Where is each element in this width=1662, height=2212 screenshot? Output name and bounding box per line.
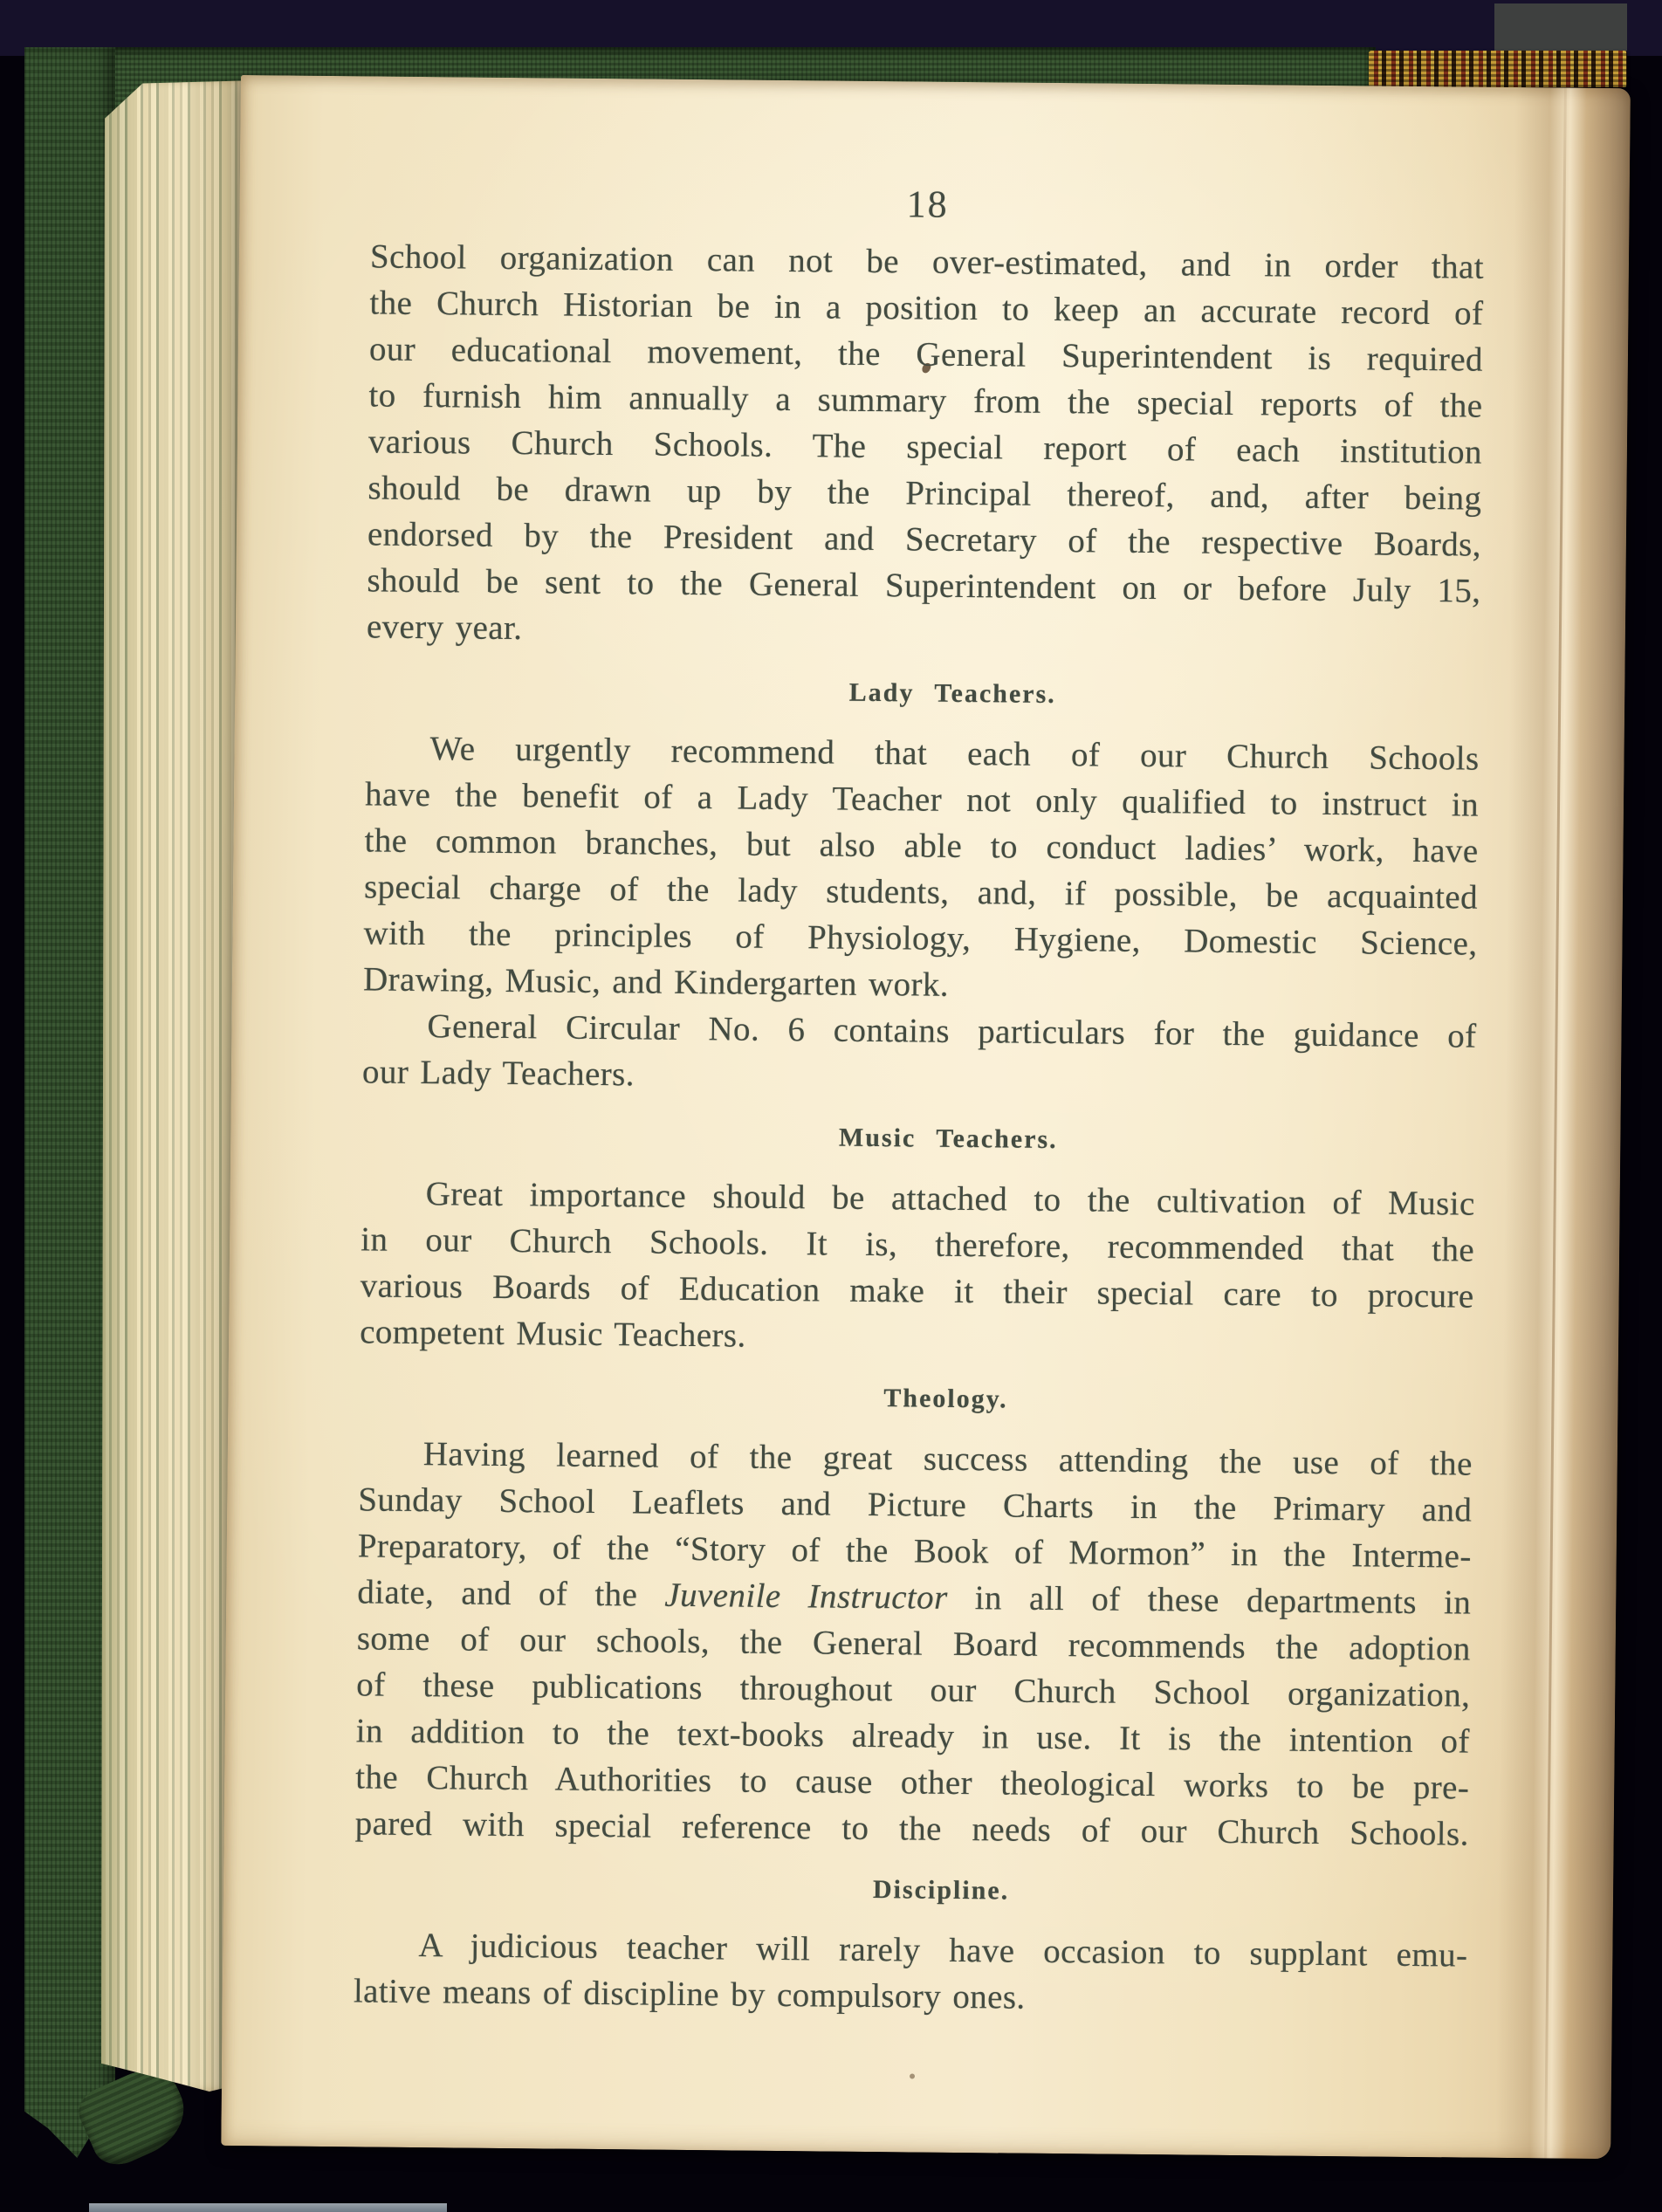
paragraph: We urgently recommend that each of our C… <box>363 725 1480 1013</box>
text-segment: in all of these departments in <box>947 1579 1471 1622</box>
text-segment: diate, and of the <box>357 1573 665 1613</box>
book-headband-decorative <box>1369 51 1627 87</box>
paragraph: A judicious teacher will rarely have occ… <box>354 1921 1468 2024</box>
section-heading: Discipline. <box>384 1870 1498 1912</box>
paragraph: School organization can not be over-esti… <box>367 233 1485 660</box>
section-heading: Lady Teachers. <box>395 673 1509 715</box>
scan-artifact-gray-patch <box>1494 3 1627 51</box>
scan-artifact-bottom-bar <box>89 2203 447 2212</box>
paragraph: Great importance should be attached to t… <box>360 1170 1475 1365</box>
open-book-page: 18 School organization can not be over-e… <box>221 75 1631 2159</box>
book-cover-cloth-left <box>24 47 115 2158</box>
section-heading: Theology. <box>388 1378 1502 1420</box>
italic-text: Juvenile Instructor <box>664 1577 948 1617</box>
paragraph: Having learned of the great success atte… <box>355 1430 1473 1857</box>
paragraph: General Circular No. 6 contains particul… <box>362 1002 1477 1105</box>
section-heading: Music Teachers. <box>391 1118 1505 1160</box>
page-gutter-shadow <box>1495 87 1631 2159</box>
paper-speck <box>910 2073 915 2078</box>
text-block: 18 School organization can not be over-e… <box>354 179 1485 2024</box>
book-scan: 18 School organization can not be over-e… <box>0 0 1662 2212</box>
text-line: pared with special reference to the need… <box>355 1800 1469 1857</box>
